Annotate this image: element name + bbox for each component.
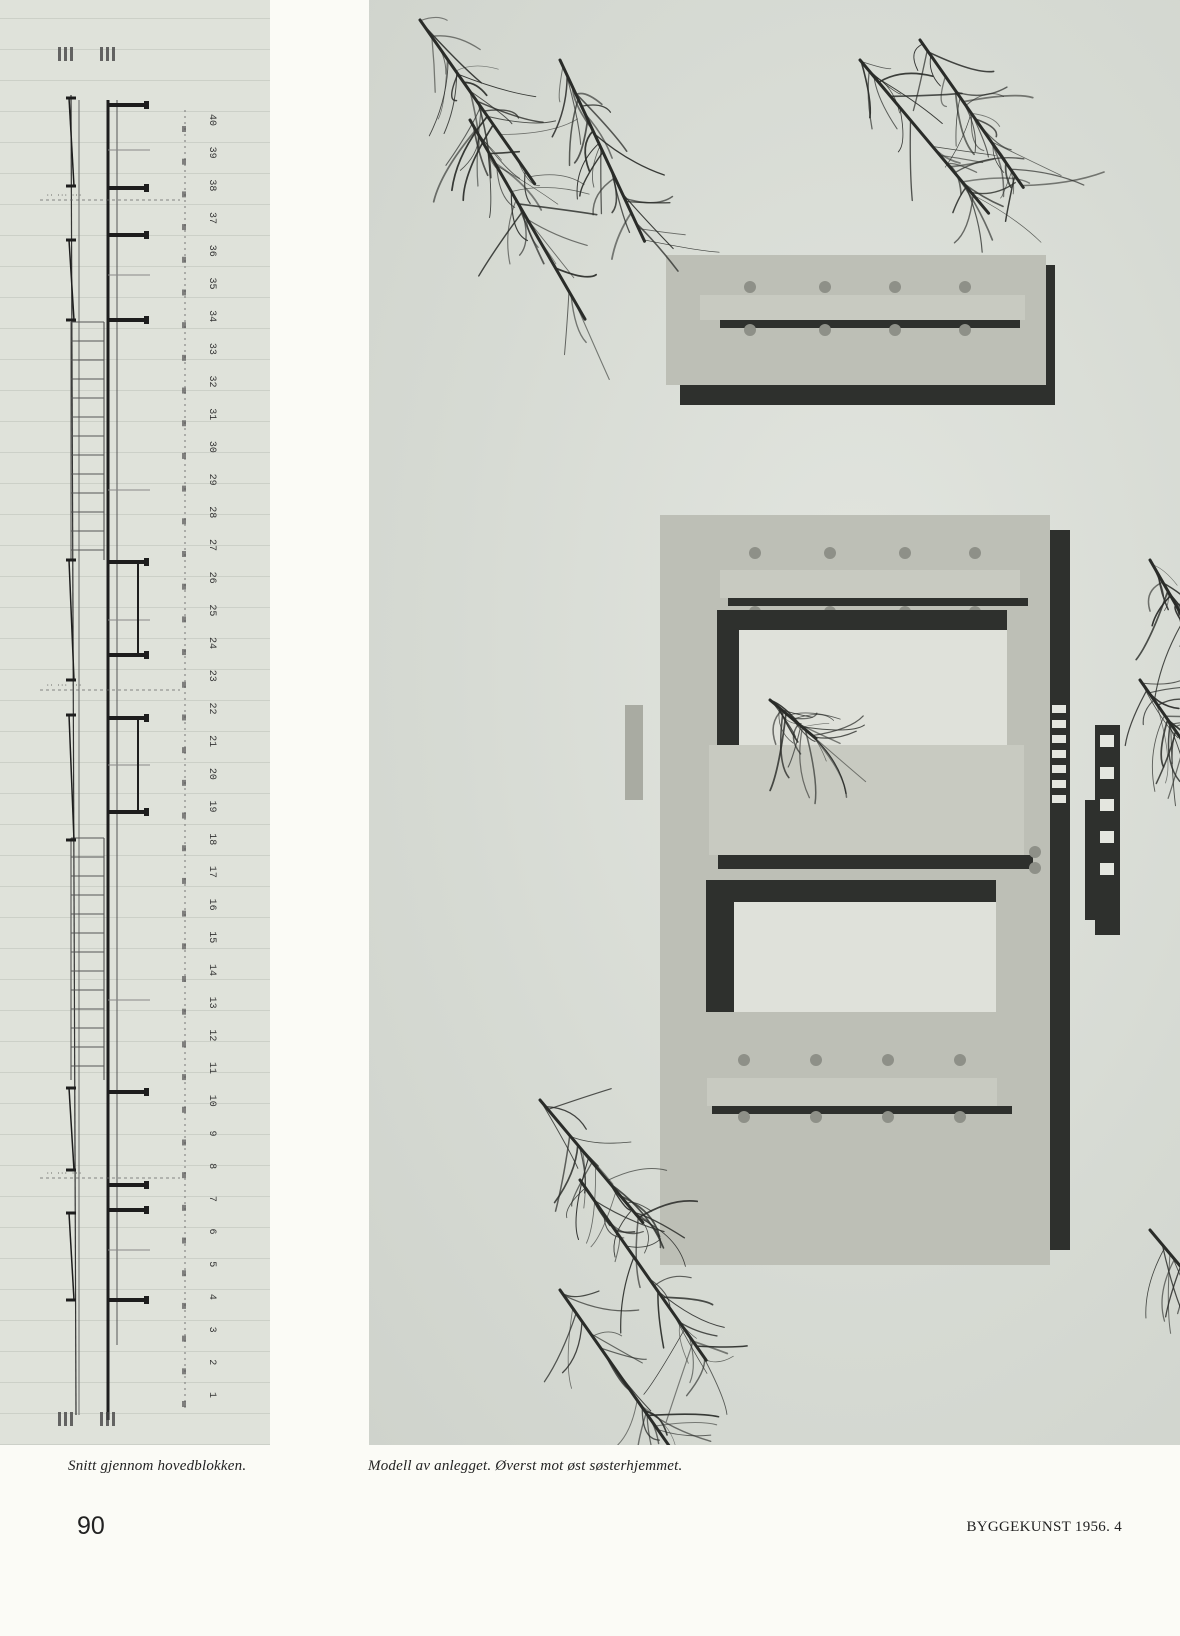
svg-text:14: 14 <box>206 964 217 976</box>
svg-text:16: 16 <box>206 899 217 911</box>
svg-text:26: 26 <box>206 572 217 584</box>
section-drawing-lines: ·· ··· ····· ··· ····· ··· ···1234567891… <box>0 0 270 1445</box>
svg-text:38: 38 <box>206 179 217 191</box>
svg-text:15: 15 <box>206 931 217 943</box>
svg-text:28: 28 <box>206 506 217 518</box>
page-number: 90 <box>77 1512 105 1541</box>
svg-text:29: 29 <box>206 474 217 486</box>
svg-text:12: 12 <box>206 1029 217 1041</box>
svg-text:18: 18 <box>206 833 217 845</box>
section-drawing: ·· ··· ····· ··· ····· ··· ···1234567891… <box>0 0 270 1445</box>
svg-text:1: 1 <box>206 1392 217 1398</box>
journal-footer: BYGGEKUNST 1956. 4 <box>966 1519 1122 1536</box>
svg-text:30: 30 <box>206 441 217 453</box>
svg-text:24: 24 <box>206 637 217 649</box>
svg-text:2: 2 <box>206 1359 217 1365</box>
svg-text:39: 39 <box>206 147 217 159</box>
svg-text:21: 21 <box>206 735 217 747</box>
model-photograph <box>369 0 1180 1445</box>
svg-text:36: 36 <box>206 245 217 257</box>
svg-text:5: 5 <box>206 1261 217 1267</box>
svg-text:11: 11 <box>206 1062 217 1074</box>
svg-text:25: 25 <box>206 604 217 616</box>
svg-text:20: 20 <box>206 768 217 780</box>
svg-text:·· ··· ···: ·· ··· ··· <box>46 192 82 199</box>
svg-text:6: 6 <box>206 1229 217 1235</box>
svg-text:13: 13 <box>206 997 217 1009</box>
svg-text:10: 10 <box>206 1095 217 1107</box>
svg-text:8: 8 <box>206 1163 217 1169</box>
svg-text:4: 4 <box>206 1294 217 1300</box>
svg-text:27: 27 <box>206 539 217 551</box>
svg-text:40: 40 <box>206 114 217 126</box>
svg-text:·· ··· ···: ·· ··· ··· <box>46 682 82 689</box>
svg-text:33: 33 <box>206 343 217 355</box>
svg-text:37: 37 <box>206 212 217 224</box>
svg-text:3: 3 <box>206 1327 217 1333</box>
svg-text:31: 31 <box>206 408 217 420</box>
svg-text:34: 34 <box>206 310 217 322</box>
svg-text:35: 35 <box>206 277 217 289</box>
section-drawing-caption: Snitt gjennom hovedblokken. <box>68 1458 246 1475</box>
model-photo-caption: Modell av anlegget. Øverst mot øst søste… <box>368 1458 682 1475</box>
svg-text:7: 7 <box>206 1196 217 1202</box>
svg-text:17: 17 <box>206 866 217 878</box>
svg-text:19: 19 <box>206 801 217 813</box>
svg-text:22: 22 <box>206 702 217 714</box>
svg-text:9: 9 <box>206 1130 217 1136</box>
model-photograph-image <box>369 0 1180 1445</box>
svg-text:32: 32 <box>206 376 217 388</box>
svg-text:23: 23 <box>206 670 217 682</box>
svg-text:·· ··· ···: ·· ··· ··· <box>46 1170 82 1177</box>
